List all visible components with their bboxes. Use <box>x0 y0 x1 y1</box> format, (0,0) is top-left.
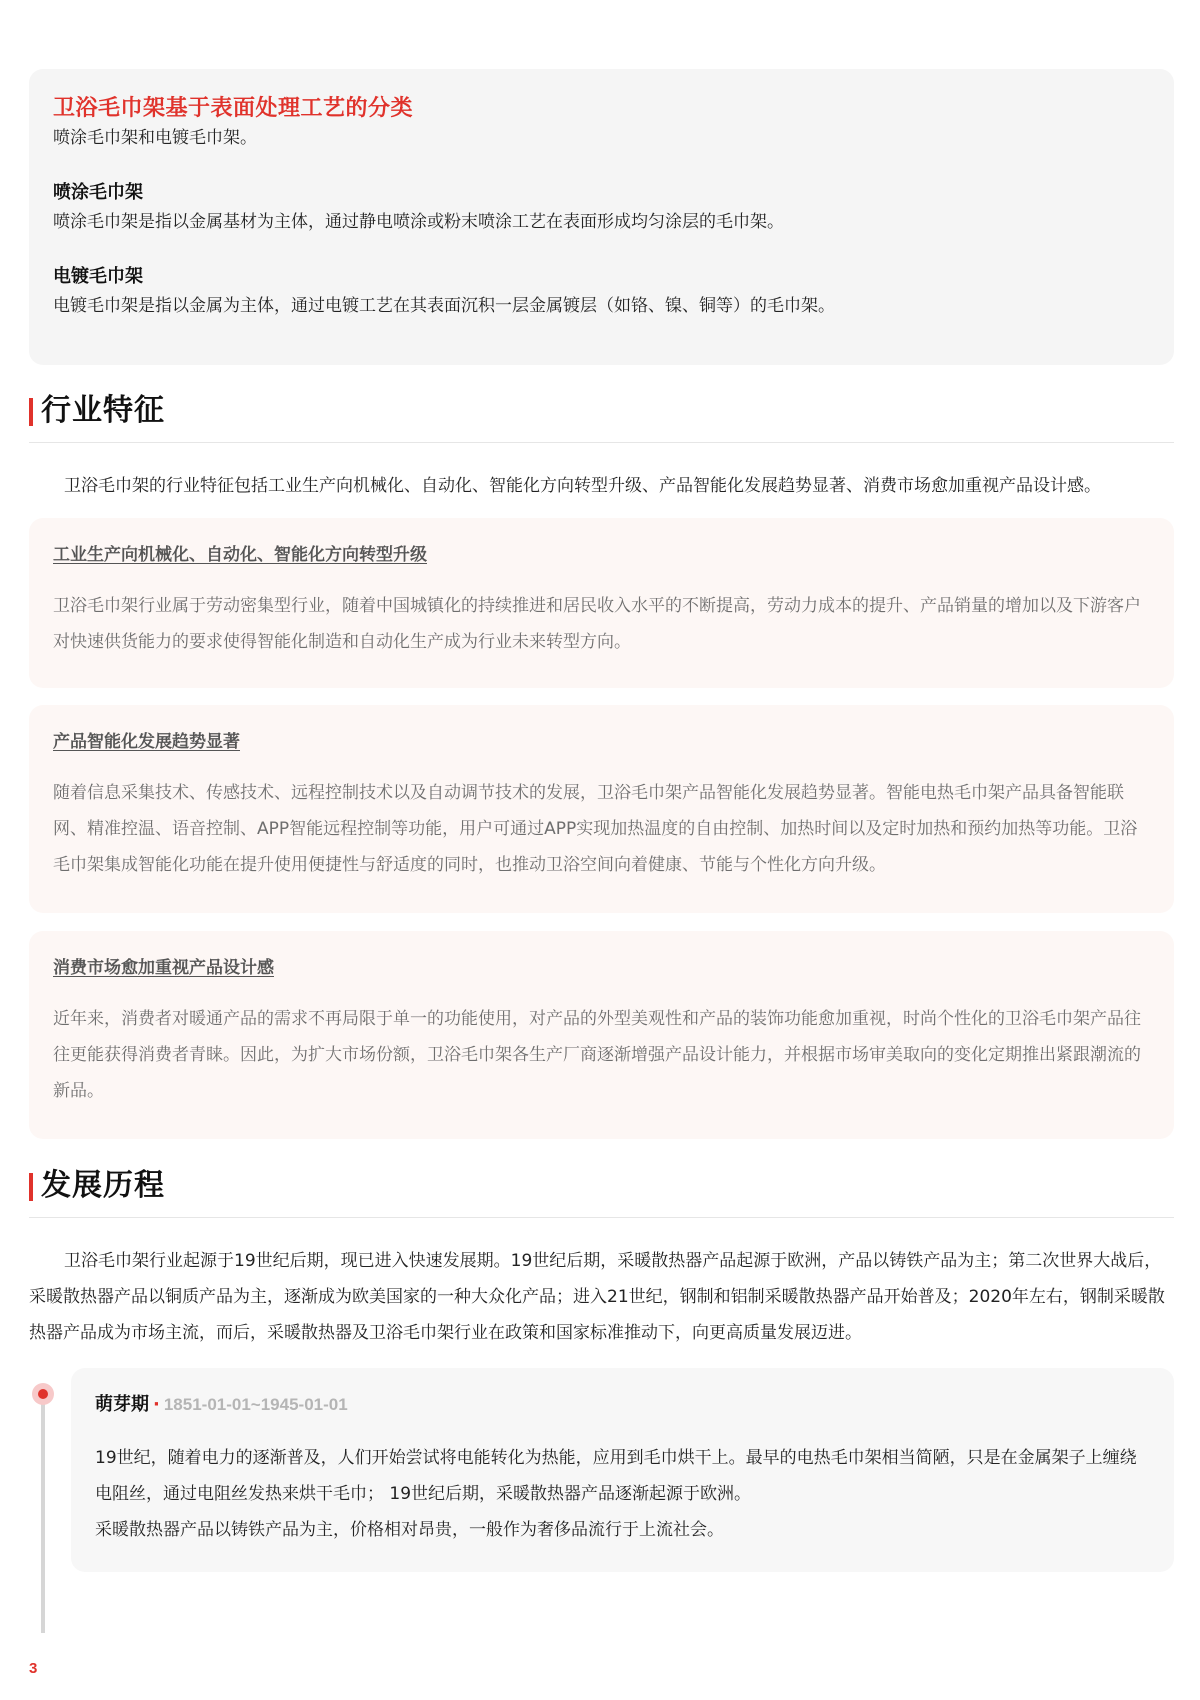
timeline-date-range: 1851-01-01~1945-01-01 <box>164 1395 348 1414</box>
spray-towel-rack-text: 喷涂毛巾架是指以金属基材为主体，通过静电喷涂或粉末喷涂工艺在表面形成均匀涂层的毛… <box>53 209 1150 235</box>
section-title: 行业特征 <box>41 391 165 431</box>
timeline-stage: 萌芽期 <box>95 1394 149 1415</box>
timeline-text-line: 19世纪，随着电力的逐渐普及，人们开始尝试将电能转化为热能，应用到毛巾烘干上。最… <box>95 1440 1150 1512</box>
timeline-card-header: 萌芽期·1851-01-01~1945-01-01 <box>95 1390 1150 1420</box>
spray-towel-rack-title: 喷涂毛巾架 <box>53 179 1150 207</box>
timeline-dot-icon <box>32 1383 54 1405</box>
timeline-text-line: 采暖散热器产品以铸铁产品为主，价格相对昂贵，一般作为奢侈品流行于上流社会。 <box>95 1512 1150 1548</box>
feature-card: 消费市场愈加重视产品设计感 近年来，消费者对暖通产品的需求不再局限于单一的功能使… <box>29 931 1174 1139</box>
feature-card-title: 消费市场愈加重视产品设计感 <box>53 955 1150 981</box>
feature-card-title: 工业生产向机械化、自动化、智能化方向转型升级 <box>53 542 1150 568</box>
page-number: 3 <box>29 1660 37 1677</box>
timeline-dot-core <box>38 1389 48 1399</box>
section-header-industry-features: 行业特征 <box>29 385 1174 443</box>
timeline-line <box>41 1393 45 1633</box>
section-accent-bar <box>29 398 33 426</box>
history-lead: 卫浴毛巾架行业起源于19世纪后期，现已进入快速发展期。19世纪后期，采暖散热器产… <box>29 1243 1174 1351</box>
section-header-history: 发展历程 <box>29 1160 1174 1218</box>
timeline-card: 萌芽期·1851-01-01~1945-01-01 19世纪，随着电力的逐渐普及… <box>71 1368 1174 1572</box>
feature-card: 产品智能化发展趋势显著 随着信息采集技术、传感技术、远程控制技术以及自动调节技术… <box>29 705 1174 913</box>
classification-card: 卫浴毛巾架基于表面处理工艺的分类 喷涂毛巾架和电镀毛巾架。 喷涂毛巾架 喷涂毛巾… <box>29 69 1174 365</box>
industry-features-lead: 卫浴毛巾架的行业特征包括工业生产向机械化、自动化、智能化方向转型升级、产品智能化… <box>29 468 1174 504</box>
classification-title: 卫浴毛巾架基于表面处理工艺的分类 <box>53 93 1150 125</box>
timeline-separator: · <box>153 1394 160 1415</box>
section-title: 发展历程 <box>41 1166 165 1206</box>
feature-card-title: 产品智能化发展趋势显著 <box>53 729 1150 755</box>
plated-towel-rack-title: 电镀毛巾架 <box>53 263 1150 291</box>
section-accent-bar <box>29 1173 33 1201</box>
feature-card-text: 近年来，消费者对暖通产品的需求不再局限于单一的功能使用，对产品的外型美观性和产品… <box>53 1001 1150 1109</box>
feature-card: 工业生产向机械化、自动化、智能化方向转型升级 卫浴毛巾架行业属于劳动密集型行业，… <box>29 518 1174 688</box>
feature-card-text: 卫浴毛巾架行业属于劳动密集型行业，随着中国城镇化的持续推进和居民收入水平的不断提… <box>53 588 1150 660</box>
feature-card-text: 随着信息采集技术、传感技术、远程控制技术以及自动调节技术的发展，卫浴毛巾架产品智… <box>53 775 1150 883</box>
plated-towel-rack-text: 电镀毛巾架是指以金属为主体，通过电镀工艺在其表面沉积一层金属镀层（如铬、镍、铜等… <box>53 293 1150 319</box>
classification-intro: 喷涂毛巾架和电镀毛巾架。 <box>53 125 1150 151</box>
timeline-text: 19世纪，随着电力的逐渐普及，人们开始尝试将电能转化为热能，应用到毛巾烘干上。最… <box>95 1440 1150 1548</box>
